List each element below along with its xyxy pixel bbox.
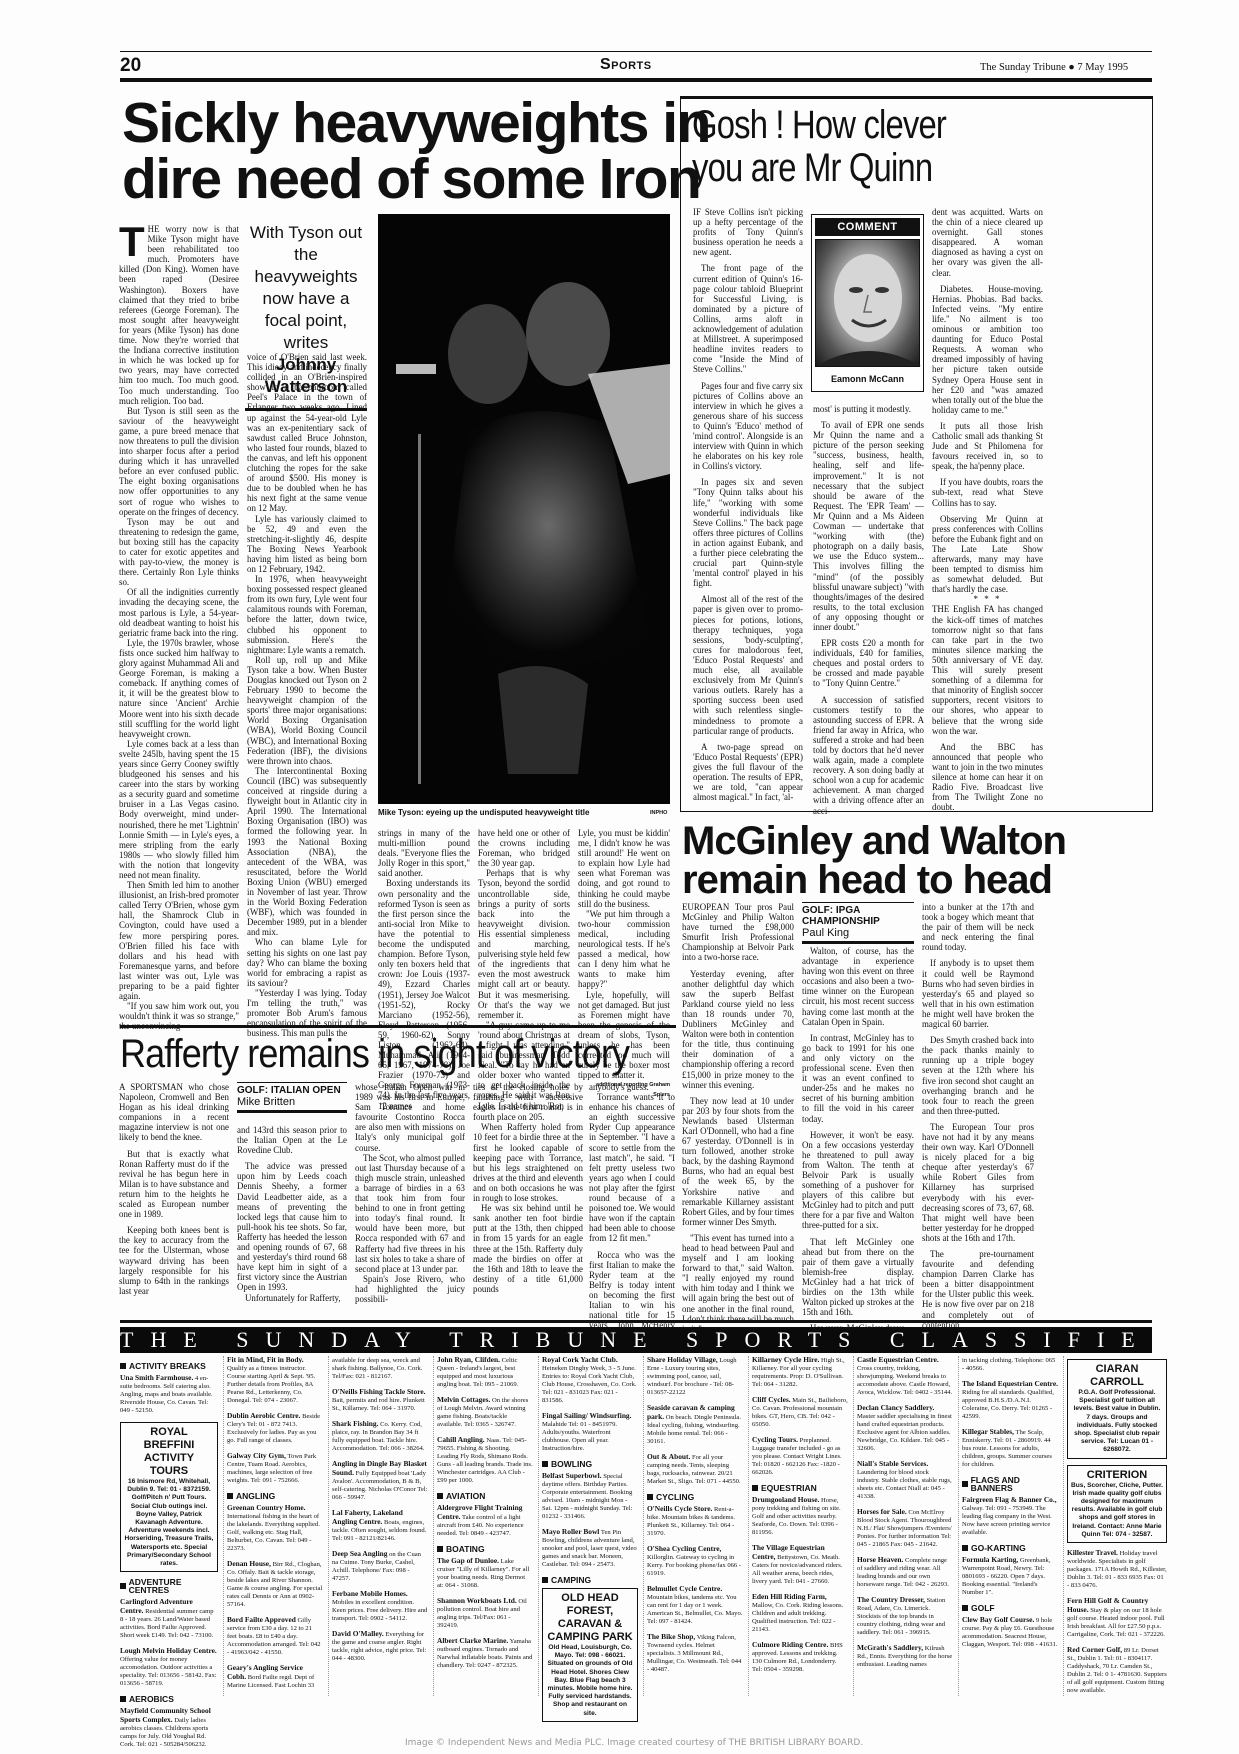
comment-columnist-box: COMMENT Eamonn McCann: [811, 214, 924, 392]
rafferty-column-1: A SPORTSMAN who chose Napoleon, Cromwell…: [119, 1082, 229, 1296]
advertiser-name: The Gap of Dunloe.: [437, 1556, 499, 1565]
kicker-rule-bottom: [237, 1110, 347, 1113]
advertiser-name: Horses for Sale.: [857, 1507, 907, 1516]
classifieds-column: Share Holiday Village, Lough Erne - Luxu…: [643, 1356, 743, 1696]
advertiser-name: Dublin Aerobic Centre.: [227, 1411, 300, 1420]
classified-ad: The Gap of Dunloe. Lake cruiser "Lilly o…: [437, 1557, 533, 1590]
advertiser-name: Killester Travel.: [1067, 1548, 1118, 1557]
ad-text: Master saddler specialising in finest ha…: [857, 1413, 952, 1452]
ad-text: 89 Lr. Dorset St., Dublin 1. Tel: 01 - 8…: [1067, 1647, 1167, 1694]
category-label: AEROBICS: [129, 1695, 174, 1703]
classified-ad: Galway City Gym, Town Park Centre, Tuam …: [227, 1452, 323, 1485]
comment-headline-line-2: you are Mr Quinn: [692, 147, 946, 190]
category-label: EQUESTRIAN: [761, 1484, 817, 1492]
classified-ad: Greenan Country Home. International fish…: [227, 1504, 323, 1553]
display-ad-title: CRITERION: [1071, 1469, 1163, 1482]
advertiser-name: Clew Bay Golf Course.: [962, 1615, 1034, 1624]
advertiser-name: John Ryan, Clifden.: [437, 1355, 500, 1364]
classified-ad: Dublin Aerobic Centre. Beside Clery's Te…: [227, 1412, 323, 1445]
advertiser-name: Belmullet Cycle Centre.: [647, 1584, 722, 1593]
ipga-headline-line-1: McGinley and Walton: [682, 822, 1066, 861]
classified-ad: O'Shea Cycling Centre, Killorglin. Gatew…: [647, 1545, 743, 1578]
classifieds-column: Royal Cork Yacht Club. Heineken Dinghy W…: [538, 1356, 638, 1696]
classifieds-column: Castle Equestrian Centre. Cross country,…: [853, 1356, 953, 1696]
square-bullet-icon: [437, 1546, 443, 1552]
category-heading: ANGLING: [227, 1492, 323, 1500]
category-heading: AEROBICS: [120, 1695, 218, 1703]
advertiser-name: Fairgreen Flag & Banner Co.,: [962, 1495, 1057, 1504]
advertiser-name: Castle Equestrian Centre.: [857, 1355, 939, 1364]
masthead-bottom-rule: [120, 78, 1152, 82]
comment-label: COMMENT: [815, 218, 920, 236]
classified-ad: Formula Karting, Greenbank, Warrenpoint …: [962, 1556, 1058, 1597]
advertiser-name: Share Holiday Village,: [647, 1355, 718, 1364]
display-ad-box: CIARAN CARROLLP.G.A. Golf Professional. …: [1067, 1359, 1167, 1459]
classifieds-banner: THE SUNDAY TRIBUNE SPORTS CLASSIFIEDS: [120, 1327, 1152, 1353]
ad-text: Mountain bikes, tandems etc. You can ren…: [647, 1594, 742, 1625]
page-number: 20: [120, 55, 141, 77]
advertiser-name: Ferbane Mobile Homes.: [332, 1589, 408, 1598]
classified-ad: Shannon Workboats Ltd. Oil pollution con…: [437, 1597, 533, 1630]
category-heading: ACTIVITY BREAKS: [120, 1362, 218, 1370]
ad-text: Special daytime offers. Birthday Parties…: [542, 1473, 632, 1520]
classified-ad: Lough Melvin Holiday Centre. Offering va…: [120, 1647, 218, 1688]
classified-ad: The Country Dresser, Station Road, Adare…: [857, 1596, 953, 1637]
classified-ad: Albert Clarke Marine. Yamaha outboard en…: [437, 1637, 533, 1670]
advertiser-name: The Country Dresser,: [857, 1595, 925, 1604]
advertiser-name: Drumgooland House.: [752, 1495, 819, 1504]
advertiser-name: Mayo Roller Bowl: [542, 1527, 599, 1536]
ipga-byline: Paul King: [802, 927, 914, 939]
advertiser-name: Killarney Cycle Hire.: [752, 1355, 819, 1364]
classified-ad: Niall's Stable Services. Laundering for …: [857, 1460, 953, 1501]
ad-text: Qualify as a fitness instructor. Course …: [227, 1365, 315, 1404]
classified-ad: Deep Sea Angling on the Cuan na Cuime. T…: [332, 1550, 428, 1583]
display-ad-title: CIARAN CARROLL: [1071, 1363, 1163, 1389]
classifieds-column: available for deep sea, wreck and shark …: [328, 1356, 428, 1696]
ipga-column-2: Walton, of course, has the advantage in …: [802, 946, 914, 1333]
ipga-kicker: GOLF: IPGA CHAMPIONSHIP: [802, 905, 914, 927]
display-ad-title: OLD HEAD FOREST, CARAVAN & CAMPING PARK: [546, 1592, 634, 1644]
publication-dateline: The Sunday Tribune ● 7 May 1995: [980, 62, 1128, 73]
advertiser-name: Horse Heaven.: [857, 1555, 903, 1564]
classified-ad: Denan House, Birr Rd., Cloghan, Co. Offa…: [227, 1560, 323, 1609]
square-bullet-icon: [962, 1545, 968, 1551]
category-heading: FLAGS AND BANNERS: [962, 1476, 1058, 1492]
ipga-headline-line-2: remain head to head: [682, 861, 1066, 900]
advertiser-name: McGrath's Saddlery,: [857, 1643, 923, 1652]
square-bullet-icon: [962, 1605, 968, 1611]
classifieds-columns: ACTIVITY BREAKSUna Smith Farmhouse. 4 en…: [120, 1356, 1152, 1696]
rafferty-column-3: whose Italian Open win in 1989 was his f…: [355, 1082, 465, 1304]
ad-text: Heineken Dinghy Week, 3 - 5 June. Entrie…: [542, 1365, 637, 1404]
display-ad-text: P.G.A. Golf Professional. Specialist gol…: [1071, 1389, 1163, 1455]
advertiser-name: Albert Clarke Marine.: [437, 1636, 508, 1645]
advertiser-name: Shannon Workboats Ltd.: [437, 1596, 517, 1605]
classified-ad: Lal Faherty, Lakeland Angling Centre. Bo…: [332, 1509, 428, 1543]
classified-ad: available for deep sea, wreck and shark …: [332, 1356, 428, 1381]
section-separator: * * *: [932, 594, 1043, 604]
ad-text: Naas. Tel: 045-79655. Fishing & Shooting…: [437, 1437, 533, 1484]
photo-caption: Mike Tyson: eyeing up the undisputed hea…: [378, 808, 589, 817]
rafferty-column-4: ties of the closing holes by finishing w…: [473, 1082, 583, 1294]
classified-ad: Red Corner Golf, 89 Lr. Dorset St., Dubl…: [1067, 1646, 1167, 1695]
copyright-footer: Image © Independent News and Media PLC. …: [405, 1738, 863, 1748]
advertiser-name: The Island Equestrian Centre.: [962, 1379, 1058, 1388]
columnist-name: Eamonn McCann: [815, 374, 920, 384]
advertiser-name: O'Neills Cycle Store.: [647, 1504, 712, 1513]
classifieds-column: ACTIVITY BREAKSUna Smith Farmhouse. 4 en…: [120, 1356, 218, 1696]
square-bullet-icon: [752, 1485, 758, 1491]
comment-column-1: IF Steve Collins isn't picking up a heft…: [693, 207, 803, 802]
classified-ad: Horses for Sale. Con McElroy Blood Stock…: [857, 1508, 953, 1549]
classified-ad: O'Neills Cycle Store. Rent-a-bike. Mount…: [647, 1505, 743, 1538]
category-label: BOATING: [446, 1545, 485, 1553]
classified-ad: Castle Equestrian Centre. Cross country,…: [857, 1356, 953, 1397]
category-label: GO-KARTING: [971, 1544, 1026, 1552]
category-heading: GO-KARTING: [962, 1544, 1058, 1552]
classified-ad: Out & About. For all your camping needs.…: [647, 1453, 743, 1486]
square-bullet-icon: [437, 1493, 443, 1499]
classifieds-column: in tacking clothing. Telephone: 065 - 40…: [958, 1356, 1058, 1696]
section-title: Sports: [600, 56, 652, 74]
category-label: BOWLING: [551, 1460, 592, 1468]
advertiser-name: Formula Karting,: [962, 1555, 1018, 1564]
display-ad-box: OLD HEAD FOREST, CARAVAN & CAMPING PARKO…: [542, 1588, 638, 1722]
classified-ad: Royal Cork Yacht Club. Heineken Dinghy W…: [542, 1356, 638, 1405]
advertiser-name: Bord Failte Approved: [227, 1615, 296, 1624]
square-bullet-icon: [542, 1461, 548, 1467]
classified-ad: Belmullet Cycle Centre. Mountain bikes, …: [647, 1585, 743, 1626]
advertiser-name: Fit in Mind, Fit in Body.: [227, 1355, 304, 1364]
display-ad-text: Bus, Scorcher, Cliche, Putter. Irish mad…: [1071, 1482, 1163, 1539]
classifieds-column: Fit in Mind, Fit in Body. Qualify as a f…: [223, 1356, 323, 1696]
boxer-silhouette-icon: [378, 214, 670, 804]
classified-ad: Killester Travel. Holiday travel worldwi…: [1067, 1549, 1167, 1590]
category-heading: CYCLING: [647, 1493, 743, 1501]
classified-ad: Cahill Angling. Naas. Tel: 045-79655. Fi…: [437, 1436, 533, 1485]
classified-ad: Fairgreen Flag & Banner Co., Galway. Tel…: [962, 1496, 1058, 1537]
classified-ad: Killarney Cycle Hire. High St., Killarne…: [752, 1356, 848, 1389]
advertiser-name: Deep Sea Angling: [332, 1549, 387, 1558]
category-label: ADVENTURE CENTRES: [129, 1578, 218, 1594]
classified-ad: Seaside caravan & camping park. On beach…: [647, 1404, 743, 1446]
classified-ad: John Ryan, Clifden. Celtic Queen - Irela…: [437, 1356, 533, 1389]
classified-ad: Share Holiday Village, Lough Erne - Luxu…: [647, 1356, 743, 1397]
display-ad-text: Old Head, Louisburgh, Co. Mayo. Tel: 098…: [546, 1644, 634, 1718]
advertiser-name: Fingal Sailing/ Windsurfing.: [542, 1411, 631, 1420]
classified-ad: Fingal Sailing/ Windsurfing. Malahide Te…: [542, 1412, 638, 1453]
category-label: FLAGS AND BANNERS: [971, 1476, 1058, 1492]
bullet-icon: ●: [1068, 62, 1074, 73]
rafferty-byline: Mike Britten: [237, 1096, 347, 1108]
ad-text: Mallow, Co. Cork. Riding lessons. Childr…: [752, 1602, 843, 1633]
classified-ad: Melvin Cottages. On the shores of Lough …: [437, 1396, 533, 1429]
advertiser-name: Cahill Angling.: [437, 1435, 485, 1444]
advertiser-name: Royal Cork Yacht Club.: [542, 1355, 618, 1364]
display-ad-box: CRITERIONBus, Scorcher, Cliche, Putter. …: [1067, 1465, 1167, 1543]
masthead-top-rule: [120, 51, 1152, 52]
lead-headline-line-2: dire need of some Iron: [122, 152, 710, 208]
classified-ad: The Island Equestrian Centre. Riding for…: [962, 1380, 1058, 1421]
classified-ad: Culmore Riding Centre. BHS approved. Les…: [752, 1641, 848, 1674]
display-ad-box: ROYAL BREFFINI ACTIVITY TOURS16 Inismore…: [120, 1422, 218, 1572]
category-label: GOLF: [971, 1604, 995, 1612]
classified-ad: Killegar Stables, The Scalp, Enniskerry.…: [962, 1428, 1058, 1469]
ad-text: Malahide Tel: 01 - 8451979. Adults/youth…: [542, 1421, 617, 1452]
lead-headline-line-1: Sickly heavyweights in: [122, 96, 710, 152]
ipga-kicker-block: GOLF: IPGA CHAMPIONSHIP Paul King: [802, 902, 914, 944]
classified-ad: Cliff Cycles. Main St., Bailieboro, Co. …: [752, 1396, 848, 1429]
standfirst: With Tyson out the heavyweights now have…: [245, 222, 367, 354]
ad-text: Birr Rd., Cloghan, Co. Offaly. Bait & ta…: [227, 1561, 322, 1608]
photo-credit: INPHO: [650, 810, 667, 816]
lead-column-1: T HE worry now is that Mike Tyson might …: [119, 224, 239, 1032]
classified-ad: Drumgooland House. Horse, pony trekking …: [752, 1496, 848, 1537]
category-label: ANGLING: [236, 1492, 275, 1500]
columnist-portrait: [815, 239, 920, 367]
display-ad-text: 16 Inismore Rd, Whitehall, Dublin 9. Tel…: [124, 1478, 214, 1568]
advertiser-name: O'Neills Fishing Tackle Store.: [332, 1387, 426, 1396]
ad-text: Laundering for blood stock industry. Sta…: [857, 1469, 952, 1500]
category-heading: BOWLING: [542, 1460, 638, 1468]
category-heading: ADVENTURE CENTRES: [120, 1578, 218, 1594]
comment-headline: Gosh ! How clever you are Mr Quinn: [692, 104, 946, 190]
square-bullet-icon: [227, 1493, 233, 1499]
publication-name: The Sunday Tribune: [980, 62, 1066, 73]
comment-column-3: dent was acquitted. Warts on the chin of…: [932, 207, 1043, 812]
publication-date: 7 May 1995: [1077, 62, 1128, 73]
rafferty-kicker: GOLF: ITALIAN OPEN: [237, 1085, 347, 1096]
advertiser-name: Declan Clancy Saddlery.: [857, 1403, 934, 1412]
classified-ad: Belfast Superbowl. Special daytime offer…: [542, 1472, 638, 1521]
classified-ad: Mayfield Community School Sports Complex…: [120, 1707, 218, 1749]
classified-ad: Bord Failte Approved Gilly service from …: [227, 1616, 323, 1657]
classified-ad: Geary's Angling Service Cobh. Bord Failt…: [227, 1664, 323, 1690]
square-bullet-icon: [962, 1481, 968, 1487]
classified-ad: Aldergrove Flight Training Centre. Take …: [437, 1504, 533, 1538]
category-heading: GOLF: [962, 1604, 1058, 1612]
display-ad-title: ROYAL BREFFINI ACTIVITY TOURS: [124, 1426, 214, 1478]
classified-ad: David O'Malley. Everything for the game …: [332, 1630, 428, 1663]
advertiser-name: Denan House,: [227, 1559, 271, 1568]
square-bullet-icon: [542, 1577, 548, 1583]
lead-headline: Sickly heavyweights in dire need of some…: [122, 96, 710, 208]
classified-ad: Carlingford Adventure Centre. Residentia…: [120, 1598, 218, 1640]
advertiser-name: Niall's Stable Services.: [857, 1459, 928, 1468]
advertiser-name: Cliff Cycles.: [752, 1395, 791, 1404]
advertiser-name: O'Shea Cycling Centre,: [647, 1544, 721, 1553]
classified-ad: Mayo Roller Bowl Ten Pin Bowling, childr…: [542, 1528, 638, 1569]
advertiser-name: Culmore Riding Centre.: [752, 1640, 828, 1649]
ad-text: Offering value for money accomodation. O…: [120, 1656, 217, 1687]
advertiser-name: Cycling Tours.: [752, 1435, 798, 1444]
classified-ad: The Bike Shop, Viking Falcon, Townsend c…: [647, 1633, 743, 1674]
ad-text: available for deep sea, wreck and shark …: [332, 1357, 422, 1380]
square-bullet-icon: [120, 1583, 126, 1589]
advertiser-name: Greenan Country Home.: [227, 1503, 306, 1512]
classifieds-column: John Ryan, Clifden. Celtic Queen - Irela…: [433, 1356, 533, 1696]
comment-headline-line-1: Gosh ! How clever: [692, 104, 946, 147]
advertiser-name: Red Corner Golf,: [1067, 1645, 1122, 1654]
classified-ad: McGrath's Saddlery, Kilrush Rd., Ennis. …: [857, 1644, 953, 1669]
ad-text: in tacking clothing. Telephone: 065 - 40…: [962, 1357, 1055, 1372]
category-heading: EQUESTRIAN: [752, 1484, 848, 1492]
classifieds-top-rule: [120, 1320, 1152, 1323]
tyson-photo: [378, 214, 670, 804]
ad-text: Killorglin. Gateway to cycling in Kerry.…: [647, 1554, 741, 1577]
advertiser-name: Galway City Gym,: [227, 1451, 286, 1460]
classifieds-column: Killarney Cycle Hire. High St., Killarne…: [748, 1356, 848, 1696]
rafferty-column-2: and 143rd this season prior to the Itali…: [237, 1125, 347, 1303]
classified-ad: Fit in Mind, Fit in Body. Qualify as a f…: [227, 1356, 323, 1405]
advertiser-name: Melvin Cottages.: [437, 1395, 490, 1404]
square-bullet-icon: [120, 1696, 126, 1702]
ipga-headline: McGinley and Walton remain head to head: [682, 822, 1066, 900]
classifieds-column: CIARAN CARROLLP.G.A. Golf Professional. …: [1063, 1356, 1167, 1696]
advertiser-name: Eden Hill Riding Farm,: [752, 1592, 827, 1601]
face-icon: [816, 240, 921, 366]
advertiser-name: Shark Fishing.: [332, 1419, 378, 1428]
rafferty-top-rule: [120, 1025, 676, 1028]
kicker-rule-top: [237, 1082, 347, 1083]
ad-text: Galway. Tel: 091 - 753949. The leading f…: [962, 1505, 1052, 1536]
ad-text: Bait, permits and rod hire. Plunkett St.…: [332, 1397, 425, 1412]
ad-text: Mobiles in excellent condition. Keen pri…: [332, 1599, 427, 1622]
category-label: CAMPING: [551, 1576, 591, 1584]
comment-column-2: most' is putting it modestly. To avail o…: [813, 404, 924, 816]
advertiser-name: Belfast Superbowl.: [542, 1471, 602, 1480]
classified-ad: Una Smith Farmhouse. 4 en-suite bedrooms…: [120, 1374, 218, 1415]
kicker-rule-top: [802, 902, 914, 903]
lead-column-2: voice of O'Brien said last week. This id…: [247, 352, 367, 1038]
classified-ad: in tacking clothing. Telephone: 065 - 40…: [962, 1356, 1058, 1373]
category-label: CYCLING: [656, 1493, 694, 1501]
category-label: ACTIVITY BREAKS: [129, 1362, 206, 1370]
classified-ad: Shark Fishing. Co. Kerry. Cod, plaice, r…: [332, 1420, 428, 1453]
classified-ad: Declan Clancy Saddlery. Master saddler s…: [857, 1404, 953, 1453]
classified-ad: Cycling Tours. Preplanned. Luggage trans…: [752, 1436, 848, 1477]
classified-ad: The Village Equestrian Centre, Bettystow…: [752, 1544, 848, 1586]
ad-text: International fishing in the heart of th…: [227, 1513, 320, 1552]
rafferty-column-5: anybody's guess. Torrance wants it to en…: [589, 1082, 675, 1350]
ipga-column-3: into a bunker at the 17th and took a bog…: [922, 902, 1034, 1330]
classified-ad: Ferbane Mobile Homes. Mobiles in excelle…: [332, 1590, 428, 1623]
ad-text: Cross country, trekking, showjumping. We…: [857, 1365, 952, 1396]
category-heading: BOATING: [437, 1545, 533, 1553]
category-heading: AVIATION: [437, 1492, 533, 1500]
advertiser-name: Out & About.: [647, 1452, 690, 1461]
classified-ad: Angling in Dingle Bay Blasket Sound. Ful…: [332, 1460, 428, 1502]
classified-ad: Fern Hill Golf & Country House. Stay & p…: [1067, 1597, 1167, 1639]
rafferty-headline: Rafferty remains in sight of victory: [120, 1033, 629, 1076]
category-label: AVIATION: [446, 1492, 485, 1500]
kicker-rule-bottom: [802, 941, 914, 944]
rafferty-kicker-block: GOLF: ITALIAN OPEN Mike Britten: [237, 1082, 347, 1113]
square-bullet-icon: [120, 1363, 126, 1369]
classified-ad: Horse Heaven. Complete range of saddlery…: [857, 1556, 953, 1589]
square-bullet-icon: [647, 1494, 653, 1500]
drop-cap: T: [119, 225, 145, 259]
classified-ad: Clew Bay Golf Course. 9 hole course. Pay…: [962, 1616, 1058, 1649]
advertiser-name: David O'Malley.: [332, 1629, 384, 1638]
advertiser-name: Una Smith Farmhouse.: [120, 1373, 193, 1382]
classified-ad: O'Neills Fishing Tackle Store. Bait, per…: [332, 1388, 428, 1413]
advertiser-name: The Bike Shop,: [647, 1632, 695, 1641]
advertiser-name: Killegar Stables,: [962, 1427, 1014, 1436]
category-heading: CAMPING: [542, 1576, 638, 1584]
ipga-column-1: EUROPEAN Tour pros Paul McGinley and Phi…: [682, 902, 794, 1334]
ad-text: Riding for all standards. Qualified, app…: [962, 1389, 1054, 1420]
advertiser-name: Lough Melvin Holiday Centre.: [120, 1646, 217, 1655]
classified-ad: Eden Hill Riding Farm, Mallow, Co. Cork.…: [752, 1593, 848, 1634]
classifieds-grid: ACTIVITY BREAKSUna Smith Farmhouse. 4 en…: [120, 1356, 1152, 1696]
